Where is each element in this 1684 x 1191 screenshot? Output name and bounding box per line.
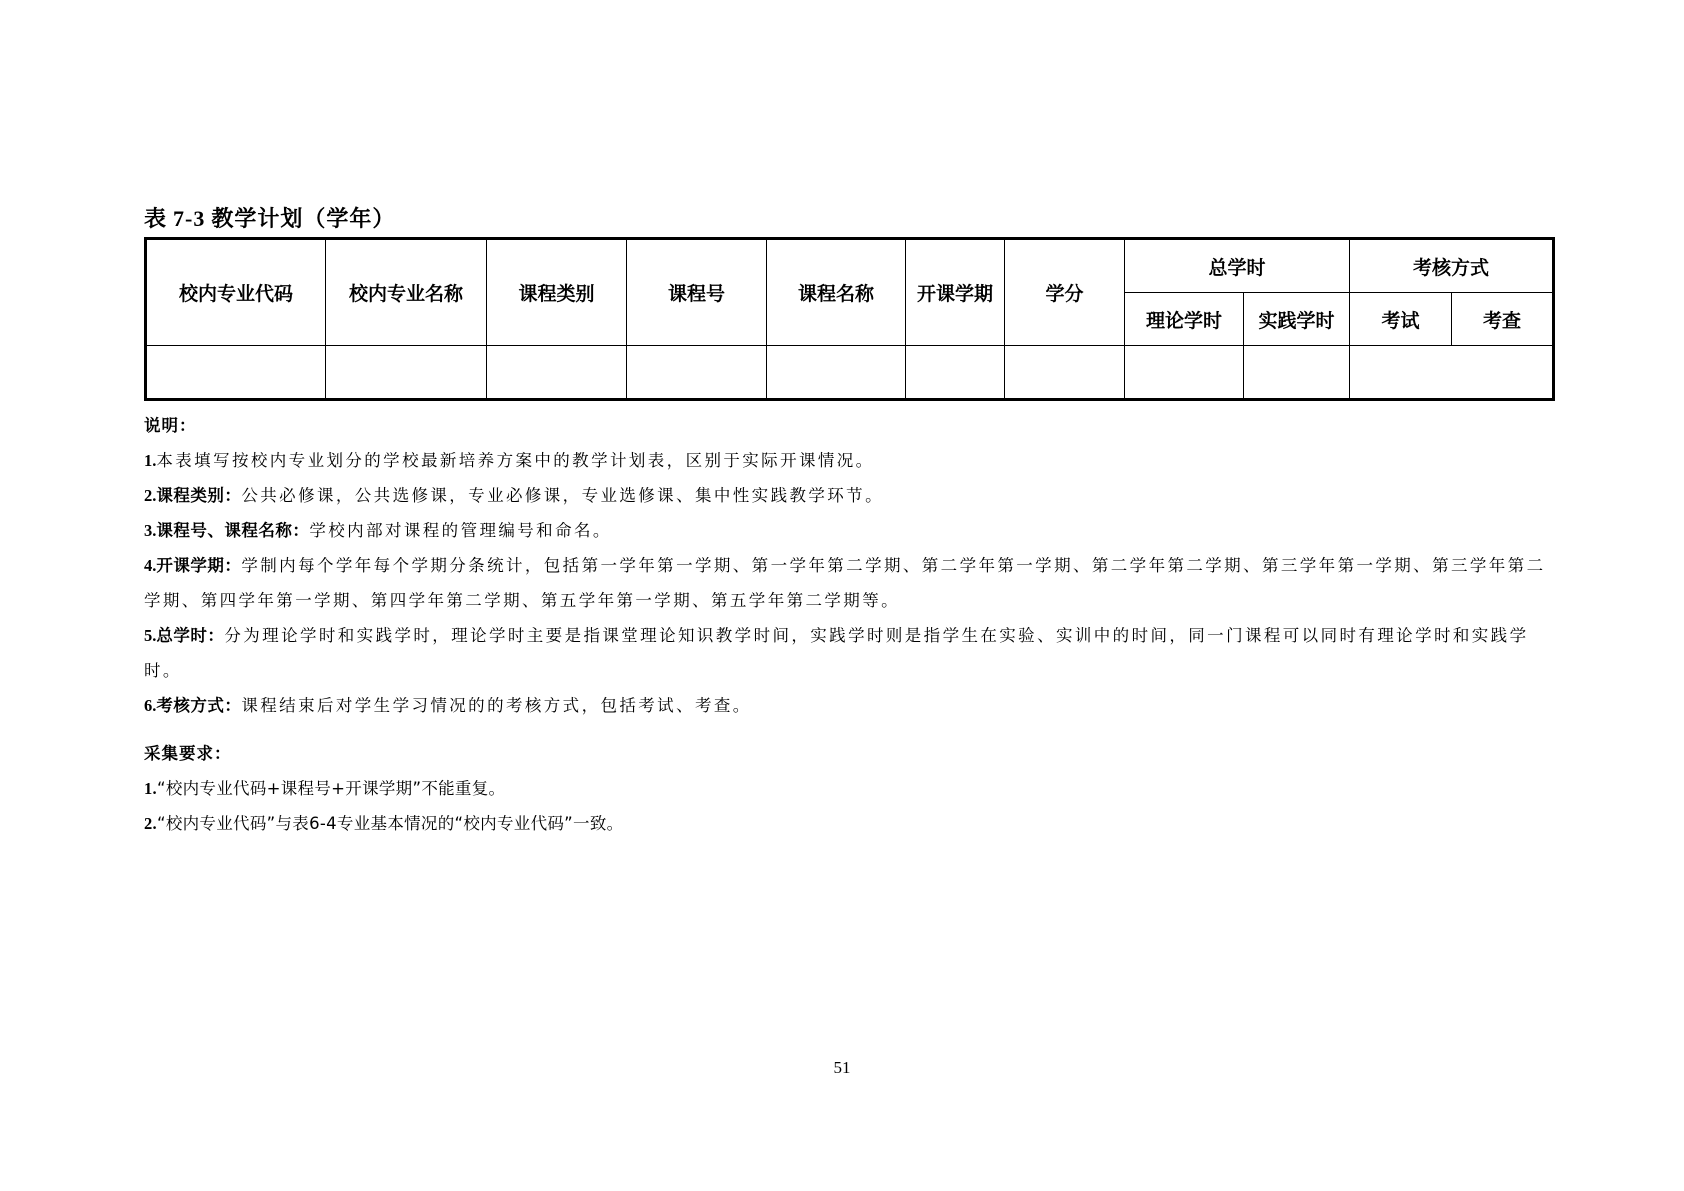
table-header-row: 校内专业代码 校内专业名称 课程类别 课程号 课程名称 开课学期 学分 总学时 … [146,239,1554,293]
col-header-course-name: 课程名称 [767,239,906,346]
note-item: 4.开课学期：学制内每个学年每个学期分条统计，包括第一学年第一学期、第一学年第二… [144,548,1554,618]
requirements-heading: 采集要求： [144,736,623,771]
note-number: 2. [144,486,156,505]
note-item: 1.本表填写按校内专业划分的学校最新培养方案中的教学计划表，区别于实际开课情况。 [144,443,1554,478]
cell-course-category [487,346,627,400]
note-text: 分为理论学时和实践学时，理论学时主要是指课堂理论知识教学时间，实践学时则是指学生… [144,626,1528,680]
teaching-plan-table: 校内专业代码 校内专业名称 课程类别 课程号 课程名称 开课学期 学分 总学时 … [144,237,1555,401]
col-header-major-name: 校内专业名称 [326,239,487,346]
requirement-number: 2. [144,814,157,833]
cell-assessment [1350,346,1554,400]
note-text: 公共必修课，公共选修课，专业必修课，专业选修课、集中性实践教学环节。 [241,486,884,505]
page-title: 表7-3教学计划（学年） [144,202,395,233]
note-item: 3.课程号、课程名称：学校内部对课程的管理编号和命名。 [144,513,1554,548]
cell-theory-hours [1125,346,1244,400]
requirement-item: 1.“校内专业代码+课程号+开课学期”不能重复。 [144,771,623,806]
note-number: 3. [144,521,156,540]
table-row [146,346,1554,400]
note-text: 学校内部对课程的管理编号和命名。 [309,521,611,540]
col-header-course-number: 课程号 [627,239,767,346]
requirement-text: “校内专业代码”与表6-4专业基本情况的“校内专业代码”一致。 [157,814,623,833]
col-header-course-category: 课程类别 [487,239,627,346]
note-number: 1. [144,451,156,470]
note-lead: 考核方式： [156,696,241,715]
note-item: 6.考核方式：课程结束后对学生学习情况的的考核方式，包括考试、考查。 [144,688,1554,723]
note-number: 4. [144,556,156,575]
note-number: 6. [144,696,156,715]
note-lead: 开课学期： [156,556,241,575]
note-text: 本表填写按校内专业划分的学校最新培养方案中的教学计划表，区别于实际开课情况。 [156,451,874,470]
col-header-theory-hours: 理论学时 [1125,293,1244,346]
title-number: 7-3 [173,206,205,231]
cell-credits [1005,346,1125,400]
cell-course-name [767,346,906,400]
cell-semester [906,346,1005,400]
col-group-total-hours: 总学时 [1125,239,1350,293]
note-text: 学制内每个学年每个学期分条统计，包括第一学年第一学期、第一学年第二学期、第二学年… [144,556,1545,610]
title-text: 教学计划（学年） [211,207,395,232]
cell-course-number [627,346,767,400]
note-text: 课程结束后对学生学习情况的的考核方式，包括考试、考查。 [241,696,751,715]
note-lead: 课程类别： [156,486,241,505]
note-item: 5.总学时：分为理论学时和实践学时，理论学时主要是指课堂理论知识教学时间，实践学… [144,618,1554,688]
title-prefix: 表 [144,207,167,232]
note-number: 5. [144,626,156,645]
requirement-item: 2.“校内专业代码”与表6-4专业基本情况的“校内专业代码”一致。 [144,806,623,841]
note-lead: 总学时： [156,626,224,645]
requirement-text: “校内专业代码+课程号+开课学期”不能重复。 [157,779,505,798]
cell-practice-hours [1244,346,1350,400]
col-group-assessment: 考核方式 [1350,239,1554,293]
requirements-section: 采集要求： 1.“校内专业代码+课程号+开课学期”不能重复。 2.“校内专业代码… [144,736,623,841]
col-header-exam: 考试 [1350,293,1452,346]
notes-section: 说明： 1.本表填写按校内专业划分的学校最新培养方案中的教学计划表，区别于实际开… [144,408,1554,723]
page-number: 51 [0,1058,1684,1078]
notes-heading: 说明： [144,408,1554,443]
cell-major-name [326,346,487,400]
col-header-semester: 开课学期 [906,239,1005,346]
col-header-major-code: 校内专业代码 [146,239,326,346]
col-header-credits: 学分 [1005,239,1125,346]
cell-major-code [146,346,326,400]
note-item: 2.课程类别：公共必修课，公共选修课，专业必修课，专业选修课、集中性实践教学环节… [144,478,1554,513]
note-lead: 课程号、课程名称： [156,521,309,540]
col-header-check: 考查 [1452,293,1554,346]
requirement-number: 1. [144,779,157,798]
col-header-practice-hours: 实践学时 [1244,293,1350,346]
